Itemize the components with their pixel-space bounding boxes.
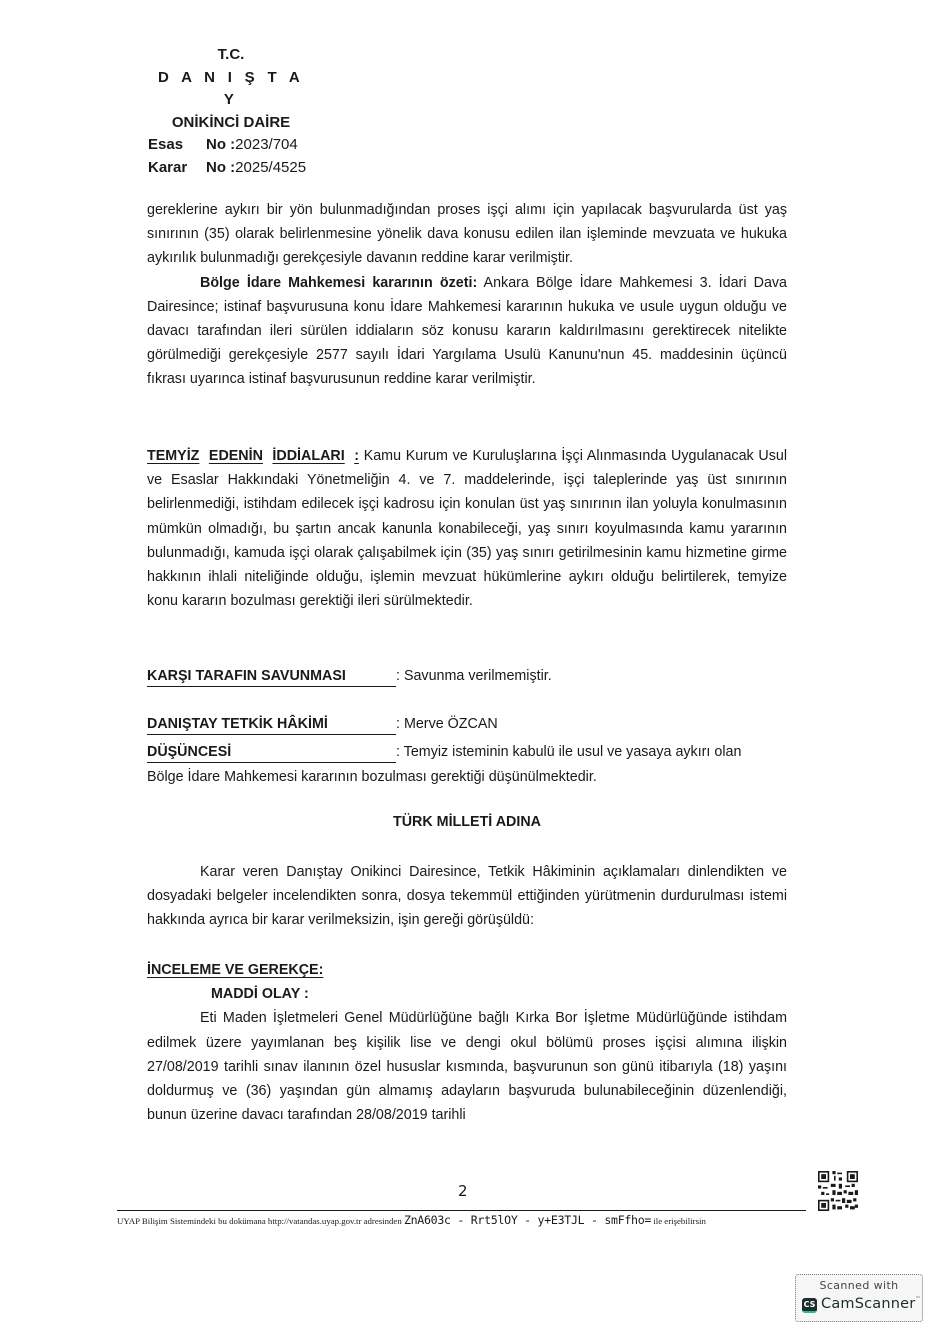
karar-label: Karar — [148, 157, 206, 180]
dusunce-text: : Temyiz isteminin kabulü ile usul ve ya… — [396, 744, 741, 760]
bim-summary-text: Ankara Bölge İdare Mahkemesi 3. İdari Da… — [147, 275, 787, 388]
document-header: T.C. D A N I Ş T A Y ONİKİNCİ DAİRE Esas… — [148, 44, 314, 179]
trademark-symbol: ™ — [915, 1296, 920, 1302]
camscanner-watermark: Scanned with CS CamScanner™ — [795, 1274, 923, 1322]
scanned-with-label: Scanned with — [796, 1279, 922, 1292]
document-page: T.C. D A N I Ş T A Y ONİKİNCİ DAİRE Esas… — [0, 0, 945, 1338]
dusunce-label: DÜŞÜNCESİ — [147, 743, 396, 763]
temyiz-paragraph: TEMYİZ EDENİN İDDİALARI : Kamu Kurum ve … — [147, 444, 787, 613]
header-court: D A N I Ş T A Y — [148, 67, 314, 112]
karsi-taraf-text: : Savunma verilmemiştir. — [396, 668, 552, 684]
karsi-taraf-label: KARŞI TARAFIN SAVUNMASI — [147, 667, 396, 687]
karsi-taraf-block: KARŞI TARAFIN SAVUNMASI: Savunma verilme… — [147, 664, 787, 688]
intro-paragraph: gereklerine aykırı bir yön bulunmadığınd… — [147, 198, 787, 271]
turk-milleti-adina-heading: TÜRK MİLLETİ ADINA — [147, 810, 787, 834]
header-country: T.C. — [148, 44, 314, 67]
karar-veren-paragraph: Karar veren Danıştay Onikinci Dairesince… — [147, 860, 787, 933]
temyiz-block: TEMYİZ EDENİN İDDİALARI : Kamu Kurum ve … — [147, 444, 787, 613]
uyap-footer: UYAP Bilişim Sistemindeki bu dokümana ht… — [117, 1213, 706, 1227]
inceleme-heading: İNCELEME VE GEREKÇE: — [147, 958, 787, 982]
dusunce-row: DÜŞÜNCESİ: Temyiz isteminin kabulü ile u… — [147, 740, 787, 764]
uyap-footer-tail: ile erişebilirsin — [653, 1216, 706, 1226]
maddi-olay-heading: MADDİ OLAY : — [147, 982, 787, 1006]
temyiz-text: Kamu Kurum ve Kuruluşlarına İşçi Alınmas… — [147, 448, 787, 609]
footer-divider — [117, 1210, 806, 1211]
tetkik-hakimi-text: : Merve ÖZCAN — [396, 716, 498, 732]
uyap-footer-text: UYAP Bilişim Sistemindeki bu dokümana ht… — [117, 1216, 402, 1226]
esas-number-row: Esas No : 2023/704 — [148, 134, 314, 157]
temyiz-label-1: TEMYİZ — [147, 448, 199, 464]
tetkik-hakimi-label: DANIŞTAY TETKİK HÂKİMİ — [147, 715, 396, 735]
karsi-taraf-row: KARŞI TARAFIN SAVUNMASI: Savunma verilme… — [147, 664, 787, 688]
temyiz-label-3: İDDİALARI — [272, 448, 344, 464]
camscanner-brand: CamScanner™ — [821, 1296, 921, 1312]
bim-summary-label: Bölge İdare Mahkemesi kararının özeti: — [200, 275, 477, 291]
esas-label: Esas — [148, 134, 206, 157]
intro-paragraph-block: gereklerine aykırı bir yön bulunmadığınd… — [147, 198, 787, 392]
esas-no-value: 2023/704 — [235, 134, 298, 157]
qr-code-icon — [818, 1171, 858, 1211]
uyap-access-code: ZnA603c - Rrt5lOY - y+E3TJL - smFfho= — [404, 1213, 651, 1227]
dusunce-continuation: Bölge İdare Mahkemesi kararının bozulmas… — [147, 765, 787, 789]
tetkik-block: DANIŞTAY TETKİK HÂKİMİ: Merve ÖZCAN DÜŞÜ… — [147, 712, 787, 790]
camscanner-brand-name: CamScanner — [821, 1296, 915, 1312]
karar-veren-block: Karar veren Danıştay Onikinci Dairesince… — [147, 860, 787, 933]
karar-number-row: Karar No : 2025/4525 — [148, 157, 314, 180]
page-number: 2 — [458, 1182, 468, 1200]
header-chamber: ONİKİNCİ DAİRE — [148, 112, 314, 135]
maddi-olay-paragraph: Eti Maden İşletmeleri Genel Müdürlüğüne … — [147, 1006, 787, 1127]
bim-summary-paragraph: Bölge İdare Mahkemesi kararının özeti: A… — [147, 271, 787, 392]
inceleme-block: İNCELEME VE GEREKÇE: MADDİ OLAY : Eti Ma… — [147, 958, 787, 1127]
karar-no-label: No : — [206, 157, 235, 180]
esas-no-label: No : — [206, 134, 235, 157]
camscanner-logo-icon: CS — [802, 1298, 817, 1313]
tetkik-hakimi-row: DANIŞTAY TETKİK HÂKİMİ: Merve ÖZCAN — [147, 712, 787, 736]
karar-no-value: 2025/4525 — [235, 157, 306, 180]
temyiz-label-2: EDENİN — [209, 448, 263, 464]
